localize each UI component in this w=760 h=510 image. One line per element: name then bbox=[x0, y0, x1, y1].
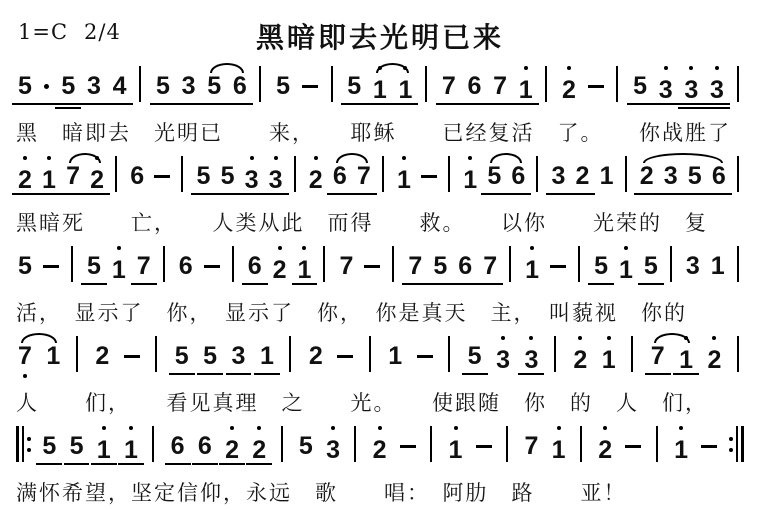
song-title: 黑暗即去光明已来 bbox=[256, 16, 504, 56]
eighth-underline bbox=[638, 283, 664, 285]
eighth-underline bbox=[351, 193, 377, 195]
note: 3 bbox=[657, 62, 675, 116]
note: 3 bbox=[243, 152, 261, 206]
note: 3 bbox=[682, 62, 700, 116]
augmentation-dot bbox=[42, 62, 52, 116]
eighth-underline bbox=[176, 103, 202, 105]
eighth-underline bbox=[215, 193, 241, 195]
eighth-underline bbox=[658, 193, 684, 195]
barline bbox=[389, 242, 399, 296]
barline bbox=[136, 62, 146, 116]
eighth-underline bbox=[239, 193, 265, 195]
eighth-underline bbox=[653, 103, 679, 105]
eighth-underline bbox=[588, 283, 614, 285]
duration-dash bbox=[699, 422, 719, 476]
note: 2 bbox=[307, 332, 325, 386]
barline bbox=[653, 422, 663, 476]
note: 1 bbox=[461, 152, 479, 206]
eighth-underline bbox=[165, 463, 191, 465]
notation-row: 21726553326711563212356 bbox=[16, 152, 744, 206]
eighth-underline bbox=[263, 193, 289, 195]
barline bbox=[422, 62, 432, 116]
note: 1 bbox=[709, 242, 727, 296]
eighth-underline bbox=[91, 463, 117, 465]
duration-dash bbox=[122, 332, 142, 386]
eighth-underline bbox=[150, 103, 176, 105]
eighth-underline bbox=[12, 193, 38, 195]
eighth-underline bbox=[169, 373, 195, 375]
eighth-underline bbox=[84, 193, 110, 195]
note: 1 bbox=[395, 152, 413, 206]
barline bbox=[734, 242, 744, 296]
note: 6 bbox=[465, 62, 483, 116]
barline bbox=[628, 332, 638, 386]
note: 6 bbox=[128, 152, 146, 206]
notation-row: 553453565511767125333 bbox=[16, 62, 744, 116]
eighth-underline bbox=[131, 283, 157, 285]
note: 6 bbox=[177, 242, 195, 296]
barline bbox=[506, 242, 516, 296]
barline bbox=[734, 332, 744, 386]
note: 5 bbox=[219, 152, 237, 206]
note: 1 bbox=[110, 242, 128, 296]
note: 5 bbox=[345, 62, 363, 116]
eighth-underline bbox=[246, 463, 272, 465]
duration-dash bbox=[548, 242, 568, 296]
eighth-underline bbox=[55, 103, 81, 105]
note: 2 bbox=[706, 332, 724, 386]
eighth-underline bbox=[645, 373, 671, 375]
eighth-underline bbox=[64, 463, 90, 465]
barline bbox=[112, 152, 122, 206]
barline bbox=[427, 422, 437, 476]
note: 2 bbox=[93, 332, 111, 386]
duration-dash bbox=[474, 422, 494, 476]
note: 7 bbox=[522, 422, 540, 476]
eighth-underline bbox=[487, 103, 513, 105]
note: 1 bbox=[40, 152, 58, 206]
eighth-underline bbox=[427, 283, 453, 285]
note: 5 bbox=[68, 422, 86, 476]
note: 3 bbox=[550, 152, 568, 206]
note: 5 bbox=[431, 242, 449, 296]
note: 6 bbox=[196, 422, 214, 476]
sixteenth-underline bbox=[704, 107, 730, 109]
eighth-underline bbox=[461, 103, 487, 105]
eighth-underline bbox=[12, 103, 38, 105]
note: 4 bbox=[111, 62, 129, 116]
key-meter: 1=C2/4 bbox=[18, 20, 137, 44]
barline bbox=[73, 332, 83, 386]
note: 5 bbox=[297, 422, 315, 476]
repeat-begin-sign bbox=[16, 422, 31, 476]
note: 2 bbox=[16, 152, 34, 206]
barline bbox=[152, 332, 162, 386]
barline bbox=[445, 332, 455, 386]
lyrics-line: 黑 暗即去 光明已 来， 耶稣 已经复活 了。 你战胜了 bbox=[16, 117, 744, 147]
notation-row: 5517662177567151531 bbox=[16, 242, 744, 296]
note: 5 bbox=[631, 62, 649, 116]
duration-dash bbox=[202, 242, 222, 296]
note: 2 bbox=[574, 152, 592, 206]
note: 5 bbox=[59, 62, 77, 116]
duration-dash bbox=[41, 242, 61, 296]
note: 3 bbox=[684, 242, 702, 296]
note: 2 bbox=[596, 422, 614, 476]
note: 3 bbox=[708, 62, 726, 116]
note: 3 bbox=[324, 422, 342, 476]
note: 2 bbox=[271, 242, 289, 296]
barline bbox=[160, 242, 170, 296]
eighth-underline bbox=[682, 193, 708, 195]
eighth-underline bbox=[678, 103, 704, 105]
note: 1 bbox=[517, 62, 535, 116]
barline bbox=[734, 152, 744, 206]
eighth-underline bbox=[197, 373, 223, 375]
note: 5 bbox=[592, 242, 610, 296]
eighth-underline bbox=[627, 103, 653, 105]
note: 1 bbox=[550, 422, 568, 476]
eighth-underline bbox=[634, 193, 660, 195]
lyrics-line: 黑暗死 亡， 人类从此 而得 救。 以你 光荣的 复 bbox=[16, 207, 744, 237]
note: 2 bbox=[371, 422, 389, 476]
note: 1 bbox=[95, 422, 113, 476]
notation-row: 5511662253217121 bbox=[16, 422, 744, 476]
sixteenth-underline bbox=[55, 107, 81, 109]
eighth-underline bbox=[570, 193, 596, 195]
lyrics-line: 活， 显示了 你， 显示了 你， 你是真天 主， 叫藐视 你的 bbox=[16, 297, 744, 327]
note: 7 bbox=[337, 242, 355, 296]
note: 5 bbox=[154, 62, 172, 116]
eighth-underline bbox=[81, 103, 107, 105]
note: 5 bbox=[16, 242, 34, 296]
eighth-underline bbox=[402, 283, 428, 285]
barline bbox=[351, 422, 361, 476]
duration-dash bbox=[419, 152, 439, 206]
eighth-underline bbox=[513, 103, 539, 105]
key-signature: 1=C bbox=[18, 20, 68, 44]
barline bbox=[256, 62, 266, 116]
barline bbox=[68, 242, 78, 296]
music-system: 553453565511767125333黑 暗即去 光明已 来， 耶稣 已经复… bbox=[16, 62, 744, 147]
note: 5 bbox=[16, 62, 34, 116]
lyrics-line: 人 们， 看见真理 之 光。 使跟随 你 的 人 们， bbox=[16, 387, 744, 417]
notation-row: 71255312153321712 bbox=[16, 332, 744, 386]
eighth-underline bbox=[706, 193, 732, 195]
note: 3 bbox=[522, 332, 540, 386]
duration-dash bbox=[398, 422, 418, 476]
barline bbox=[613, 62, 623, 116]
eighth-underline bbox=[452, 283, 478, 285]
eighth-underline bbox=[704, 103, 730, 105]
eighth-underline bbox=[254, 373, 280, 375]
repeat-end-sign bbox=[729, 422, 744, 476]
note: 5 bbox=[642, 242, 660, 296]
eighth-underline bbox=[477, 283, 503, 285]
barline bbox=[667, 242, 677, 296]
note: 5 bbox=[274, 62, 292, 116]
music-system: 71255312153321712人 们， 看见真理 之 光。 使跟随 你 的 … bbox=[16, 332, 744, 417]
duration-dash bbox=[300, 62, 320, 116]
barline bbox=[278, 422, 288, 476]
barline bbox=[379, 152, 389, 206]
barline bbox=[551, 332, 561, 386]
note: 5 bbox=[201, 332, 219, 386]
eighth-underline bbox=[36, 463, 62, 465]
note: 2 bbox=[307, 152, 325, 206]
note: 5 bbox=[85, 242, 103, 296]
eighth-underline bbox=[292, 283, 318, 285]
eighth-underline bbox=[219, 463, 245, 465]
duration-dash bbox=[335, 332, 355, 386]
barline bbox=[286, 332, 296, 386]
barline bbox=[445, 152, 455, 206]
sheet-header: 1=C2/4 黑暗即去光明已来 bbox=[16, 10, 744, 60]
note: 5 bbox=[40, 422, 58, 476]
note: 2 bbox=[560, 62, 578, 116]
note: 6 bbox=[246, 242, 264, 296]
note: 2 bbox=[571, 332, 589, 386]
note: 7 bbox=[481, 242, 499, 296]
barline bbox=[622, 152, 632, 206]
note: 3 bbox=[180, 62, 198, 116]
barline bbox=[178, 152, 188, 206]
eighth-underline bbox=[60, 193, 86, 195]
eighth-underline bbox=[201, 103, 227, 105]
notation-systems: 553453565511767125333黑 暗即去 光明已 来， 耶稣 已经复… bbox=[16, 62, 744, 507]
barline bbox=[366, 332, 376, 386]
note: 1 bbox=[598, 152, 616, 206]
sheet-music-page: 1=C2/4 黑暗即去光明已来 553453565511767125333黑 暗… bbox=[0, 0, 760, 510]
note: 1 bbox=[296, 242, 314, 296]
duration-dash bbox=[586, 62, 606, 116]
music-system: 5517662177567151531活， 显示了 你， 显示了 你， 你是真天… bbox=[16, 242, 744, 327]
eighth-underline bbox=[226, 373, 252, 375]
barline bbox=[533, 152, 543, 206]
barline bbox=[149, 422, 159, 476]
note: 1 bbox=[447, 422, 465, 476]
eighth-underline bbox=[436, 103, 462, 105]
barline bbox=[229, 242, 239, 296]
eighth-underline bbox=[38, 103, 56, 105]
eighth-underline bbox=[341, 103, 367, 105]
duration-dash bbox=[623, 422, 643, 476]
eighth-underline bbox=[191, 193, 217, 195]
note: 7 bbox=[135, 242, 153, 296]
eighth-underline bbox=[518, 373, 544, 375]
note: 5 bbox=[466, 332, 484, 386]
eighth-underline bbox=[118, 463, 144, 465]
eighth-underline bbox=[481, 193, 507, 195]
note: 2 bbox=[250, 422, 268, 476]
duration-dash bbox=[362, 242, 382, 296]
barline bbox=[577, 422, 587, 476]
note: 1 bbox=[258, 332, 276, 386]
eighth-underline bbox=[192, 463, 218, 465]
barline bbox=[542, 62, 552, 116]
eighth-underline bbox=[36, 193, 62, 195]
note: 7 bbox=[491, 62, 509, 116]
note: 1 bbox=[386, 332, 404, 386]
eighth-underline bbox=[546, 193, 572, 195]
eighth-underline bbox=[462, 373, 488, 375]
barline bbox=[575, 242, 585, 296]
note: 1 bbox=[600, 332, 618, 386]
eighth-underline bbox=[392, 103, 418, 105]
note: 1 bbox=[617, 242, 635, 296]
note: 3 bbox=[267, 152, 285, 206]
music-system: 5511662253217121满怀希望，坚定信仰，永远 歌 唱： 阿肋 路 亚… bbox=[16, 422, 744, 507]
note: 7 bbox=[440, 62, 458, 116]
eighth-underline bbox=[505, 193, 531, 195]
note: 5 bbox=[195, 152, 213, 206]
barline bbox=[320, 242, 330, 296]
eighth-underline bbox=[673, 373, 699, 375]
note: 3 bbox=[494, 332, 512, 386]
barline bbox=[328, 62, 338, 116]
barline bbox=[734, 62, 744, 116]
note: 5 bbox=[173, 332, 191, 386]
note: 1 bbox=[523, 242, 541, 296]
note: 3 bbox=[85, 62, 103, 116]
note: 2 bbox=[223, 422, 241, 476]
note: 3 bbox=[230, 332, 248, 386]
eighth-underline bbox=[227, 103, 253, 105]
barline bbox=[503, 422, 513, 476]
note: 1 bbox=[122, 422, 140, 476]
eighth-underline bbox=[107, 103, 133, 105]
barline bbox=[291, 152, 301, 206]
time-signature: 2/4 bbox=[84, 20, 121, 44]
duration-dash bbox=[415, 332, 435, 386]
eighth-underline bbox=[81, 283, 107, 285]
sixteenth-underline bbox=[678, 107, 704, 109]
lyrics-line: 满怀希望，坚定信仰，永远 歌 唱： 阿肋 路 亚！ bbox=[16, 477, 744, 507]
note: 1 bbox=[672, 422, 690, 476]
note: 6 bbox=[169, 422, 187, 476]
duration-dash bbox=[152, 152, 172, 206]
eighth-underline bbox=[327, 193, 353, 195]
eighth-underline bbox=[367, 103, 393, 105]
note: 6 bbox=[456, 242, 474, 296]
note: 7 bbox=[406, 242, 424, 296]
music-system: 21726553326711563212356黑暗死 亡， 人类从此 而得 救。… bbox=[16, 152, 744, 237]
eighth-underline bbox=[242, 283, 268, 285]
